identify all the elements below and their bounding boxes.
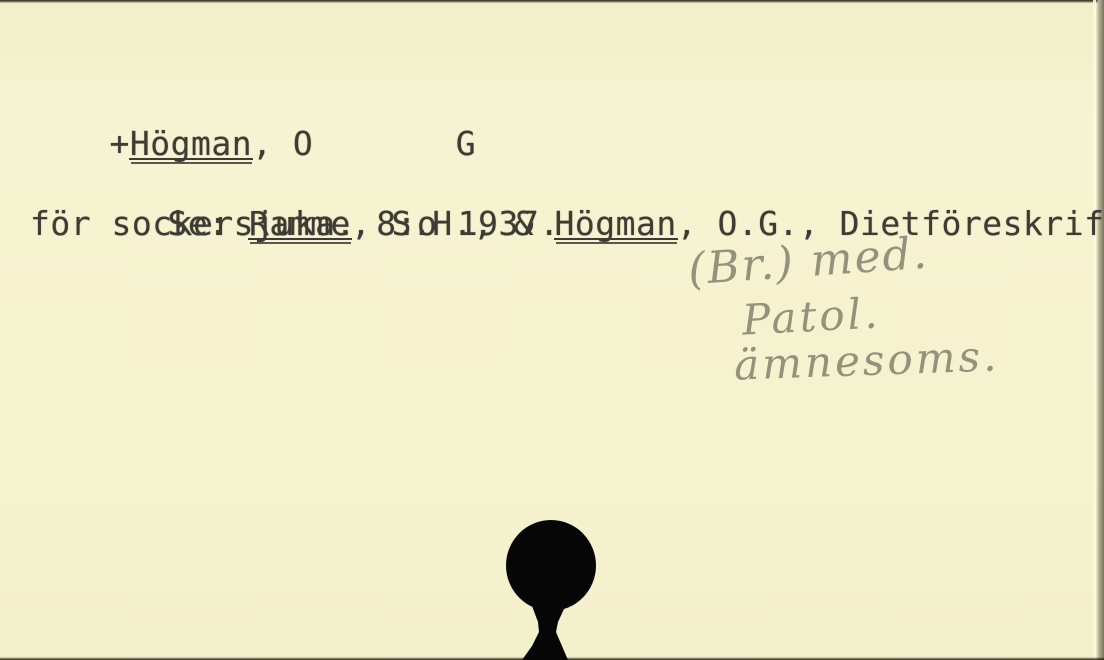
heading-surname: Högman (130, 124, 252, 164)
card-right-edge (1096, 0, 1104, 660)
heading-gap (313, 124, 456, 163)
heading-prefix: + (109, 124, 129, 163)
heading-after-surname: , O (252, 124, 313, 163)
punch-hole-slot (512, 598, 588, 660)
catalog-card: +Högman, O G Se: Ramme, S.H., & Högman, … (0, 0, 1104, 660)
card-top-edge (0, 0, 1104, 3)
heading-second-initial: G (456, 124, 476, 163)
handwritten-note-amnesoms: ämnesoms. (733, 331, 1000, 389)
punch-hole (506, 520, 596, 611)
reference-name-hogman: Högman (555, 204, 677, 244)
reference-line-2: för sockersjuka. 8:o 1937. (30, 204, 560, 244)
